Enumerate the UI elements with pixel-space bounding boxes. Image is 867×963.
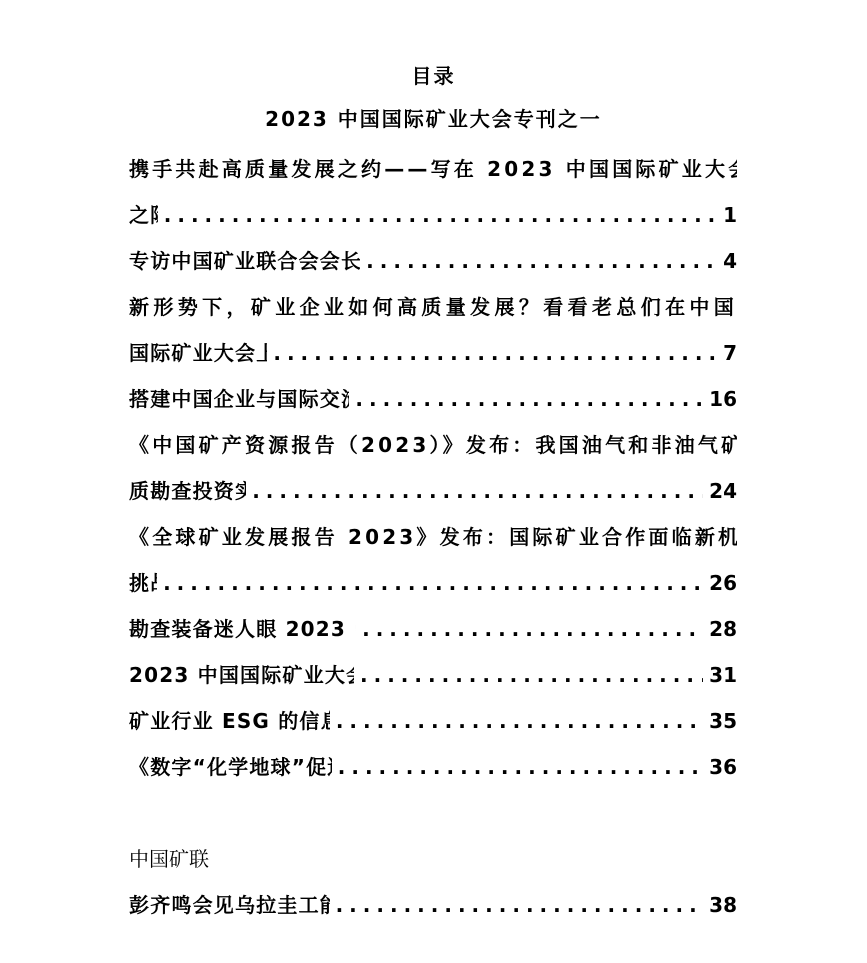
toc-entry-title: 质勘查投资实现双增长	[129, 468, 246, 514]
toc-page-number: 26	[709, 560, 737, 606]
dot-leader: ........................................…	[336, 882, 704, 928]
toc-entry[interactable]: 携手共赴高质量发展之约——写在 2023 中国国际矿业大会开幕之际.......…	[129, 146, 737, 238]
section-heading: 中国矿联	[129, 836, 737, 882]
dot-leader: ........................................…	[366, 238, 717, 284]
toc-entry-line[interactable]: 专访中国矿业联合会会长彭齐鸣：矿业开发“过气”了吗？..............…	[129, 238, 737, 284]
toc-entry-line[interactable]: 《数字“化学地球”促进全球绿色发展倡议》发布..................…	[129, 744, 737, 790]
toc-entry-title: 2023 中国国际矿业大会的关注：掘金非洲的机遇与挑战	[129, 652, 354, 698]
dot-leader: ........................................…	[252, 468, 703, 514]
dot-leader: ........................................…	[336, 698, 703, 744]
toc-entry-title: 矿业行业 ESG 的信息披露在所有行业中排第二	[129, 698, 330, 744]
toc-entry[interactable]: 勘查装备迷人眼 2023 中国国际矿业大会国际矿业展见闻............…	[129, 606, 737, 652]
toc-entry-line[interactable]: 国际矿业大会上是怎么说的............................…	[129, 330, 737, 376]
toc-page-number: 38	[709, 882, 737, 928]
toc-entry-title: 彭齐鸣会见乌拉圭工能矿部矿业与地学总局局长	[129, 882, 330, 928]
toc-page-number: 16	[709, 376, 737, 422]
toc-entry-title: 新形势下，矿业企业如何高质量发展？看看老总们在中国	[129, 284, 737, 330]
toc-entry-title: 搭建中国企业与国际交流的平台 共谋全球矿业创新之路	[129, 376, 349, 422]
toc-entry[interactable]: 《数字“化学地球”促进全球绿色发展倡议》发布..................…	[129, 744, 737, 790]
toc-entry-line[interactable]: 挑战......................................…	[129, 560, 737, 606]
toc-entry[interactable]: 新形势下，矿业企业如何高质量发展？看看老总们在中国国际矿业大会上是怎么说的...…	[129, 284, 737, 376]
toc-entry-title: 勘查装备迷人眼 2023 中国国际矿业大会国际矿业展见闻	[129, 606, 356, 652]
section-spacer	[129, 790, 737, 836]
toc-entry-title: 专访中国矿业联合会会长彭齐鸣：矿业开发“过气”了吗？	[129, 238, 360, 284]
toc-page-number: 7	[723, 330, 737, 376]
page-title: 目录	[0, 60, 867, 89]
toc-entry[interactable]: 彭齐鸣会见乌拉圭工能矿部矿业与地学总局局长...................…	[129, 882, 737, 928]
toc-page-number: 28	[709, 606, 737, 652]
toc-entry[interactable]: 《全球矿业发展报告 2023》发布：国际矿业合作面临新机遇和挑战........…	[129, 514, 737, 606]
toc-entry-title: 携手共赴高质量发展之约——写在 2023 中国国际矿业大会开幕	[129, 146, 737, 192]
dot-leader: ........................................…	[360, 652, 703, 698]
toc-entry[interactable]: 专访中国矿业联合会会长彭齐鸣：矿业开发“过气”了吗？..............…	[129, 238, 737, 284]
table-of-contents: 携手共赴高质量发展之约——写在 2023 中国国际矿业大会开幕之际.......…	[129, 146, 737, 928]
toc-page-number: 31	[709, 652, 737, 698]
toc-entry-title: 之际	[129, 192, 158, 238]
toc-entry[interactable]: 矿业行业 ESG 的信息披露在所有行业中排第二.................…	[129, 698, 737, 744]
toc-entry-title: 《中国矿产资源报告（2023）》发布：我国油气和非油气矿产地	[129, 422, 737, 468]
toc-page-number: 36	[709, 744, 737, 790]
toc-entry-title: 《全球矿业发展报告 2023》发布：国际矿业合作面临新机遇和	[129, 514, 737, 560]
toc-entry[interactable]: 《中国矿产资源报告（2023）》发布：我国油气和非油气矿产地质勘查投资实现双增长…	[129, 422, 737, 514]
toc-entry-title: 挑战	[129, 560, 157, 606]
toc-entry-line[interactable]: 勘查装备迷人眼 2023 中国国际矿业大会国际矿业展见闻............…	[129, 606, 737, 652]
toc-page: 目录 2023 中国国际矿业大会专刊之一 携手共赴高质量发展之约——写在 202…	[0, 0, 867, 963]
toc-entry-line[interactable]: 之际......................................…	[129, 192, 737, 238]
dot-leader: ........................................…	[362, 606, 703, 652]
page-subtitle: 2023 中国国际矿业大会专刊之一	[0, 103, 867, 132]
dot-leader: ........................................…	[163, 560, 703, 606]
toc-entry-line[interactable]: 质勘查投资实现双增长..............................…	[129, 468, 737, 514]
dot-leader: ........................................…	[164, 192, 717, 238]
toc-page-number: 35	[709, 698, 737, 744]
toc-entry-line[interactable]: 新形势下，矿业企业如何高质量发展？看看老总们在中国	[129, 284, 737, 330]
toc-entry-line[interactable]: 《全球矿业发展报告 2023》发布：国际矿业合作面临新机遇和	[129, 514, 737, 560]
toc-entry-title: 国际矿业大会上是怎么说的	[129, 330, 267, 376]
toc-entry-line[interactable]: 彭齐鸣会见乌拉圭工能矿部矿业与地学总局局长...................…	[129, 882, 737, 928]
dot-leader: ........................................…	[338, 744, 703, 790]
dot-leader: ........................................…	[355, 376, 703, 422]
toc-entry-line[interactable]: 搭建中国企业与国际交流的平台 共谋全球矿业创新之路...............…	[129, 376, 737, 422]
toc-page-number: 24	[709, 468, 737, 514]
toc-entry-line[interactable]: 2023 中国国际矿业大会的关注：掘金非洲的机遇与挑战.............…	[129, 652, 737, 698]
toc-page-number: 1	[723, 192, 737, 238]
toc-entry[interactable]: 2023 中国国际矿业大会的关注：掘金非洲的机遇与挑战.............…	[129, 652, 737, 698]
toc-page-number: 4	[723, 238, 737, 284]
toc-entry-title: 《数字“化学地球”促进全球绿色发展倡议》发布	[129, 744, 332, 790]
toc-entry-line[interactable]: 《中国矿产资源报告（2023）》发布：我国油气和非油气矿产地	[129, 422, 737, 468]
dot-leader: ........................................…	[273, 330, 717, 376]
toc-entry[interactable]: 搭建中国企业与国际交流的平台 共谋全球矿业创新之路...............…	[129, 376, 737, 422]
toc-entry-line[interactable]: 携手共赴高质量发展之约——写在 2023 中国国际矿业大会开幕	[129, 146, 737, 192]
toc-entry-line[interactable]: 矿业行业 ESG 的信息披露在所有行业中排第二.................…	[129, 698, 737, 744]
